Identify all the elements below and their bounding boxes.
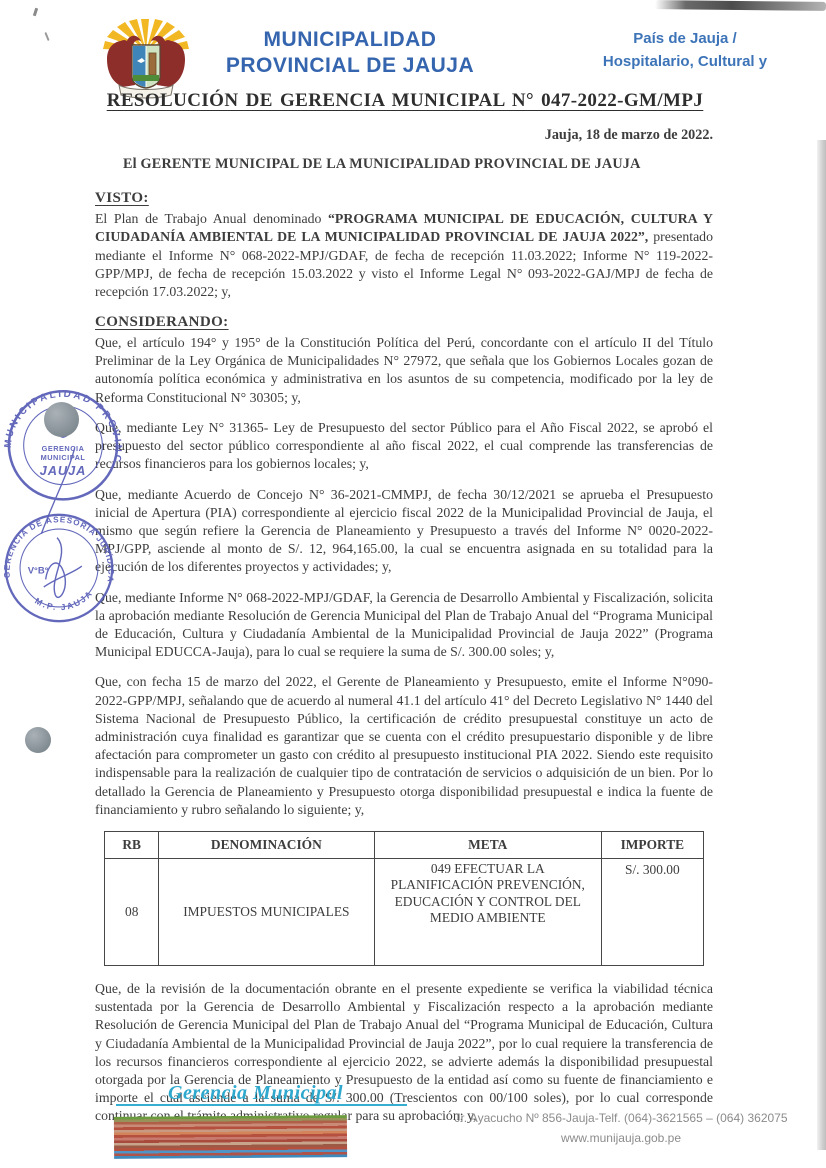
motto-line2: Hospitalario, Cultural y [580, 50, 790, 73]
table-row: 08 IMPUESTOS MUNICIPALES 049 EFECTUAR LA… [105, 858, 703, 965]
considerando-heading: CONSIDERANDO: [95, 313, 713, 333]
budget-table: RB DENOMINACIÓN META IMPORTE 08 IMPUESTO… [104, 831, 703, 966]
document-body: Jauja, 18 de marzo de 2022. El GERENTE M… [95, 126, 713, 1138]
table-header-row: RB DENOMINACIÓN META IMPORTE [105, 831, 703, 858]
signature-stroke [44, 538, 82, 598]
cell-importe: S/. 300.00 [601, 858, 703, 965]
legal-advisory-stamp: GERENCIA DE ASESORÍA JURÍDICA M.P. JAUJA… [2, 510, 116, 626]
scan-artifact-right-edge [817, 140, 826, 1150]
org-name: MUNICIPALIDAD PROVINCIAL DE JAUJA [205, 27, 495, 80]
dateline: Jauja, 18 de marzo de 2022. [95, 126, 713, 145]
org-motto: País de Jauja / Hospitalario, Cultural y [580, 27, 790, 74]
hole-punch-mark [44, 402, 79, 437]
scan-mark [44, 32, 49, 41]
column-header-denominacion: DENOMINACIÓN [159, 831, 374, 858]
resolution-title: RESOLUCIÓN DE GERENCIA MUNICIPAL N° 047-… [85, 90, 725, 112]
addressee-line: El GERENTE MUNICIPAL DE LA MUNICIPALIDAD… [123, 155, 713, 174]
signature-underline [347, 1086, 407, 1106]
cell-meta: 049 EFECTUAR LA PLANIFICACIÓN PREVENCIÓN… [374, 858, 601, 965]
visto-heading: VISTO: [95, 189, 713, 209]
stamp-center-line1: GERENCIA [42, 444, 85, 453]
considerando-paragraph: Que, con fecha 15 de marzo del 2022, el … [95, 673, 713, 819]
textile-stripe-band [114, 1115, 347, 1159]
stamp-vobo-text: V°B° [28, 566, 49, 577]
signature-block: Gerencia Municipal [116, 1082, 361, 1106]
motto-line1: País de Jauja / [580, 27, 790, 50]
considerando-paragraph: Que, mediante Acuerdo de Concejo N° 36-2… [95, 486, 713, 577]
column-header-importe: IMPORTE [601, 831, 703, 858]
considerando-paragraph: Que, mediante Ley N° 31365- Ley de Presu… [95, 419, 713, 474]
org-name-line2: PROVINCIAL DE JAUJA [205, 53, 495, 79]
hole-punch-mark [25, 727, 51, 753]
stamp-ring-text: GERENCIA DE ASESORÍA JURÍDICA [2, 515, 115, 583]
signature-underline [116, 1086, 164, 1106]
footer-website: www.munijauja.gob.pe [430, 1128, 812, 1148]
stamp-center-line2: MUNICIPAL [41, 453, 86, 462]
column-header-meta: META [374, 831, 601, 858]
column-header-rb: RB [105, 831, 159, 858]
considerando-paragraph: Que, mediante Informe N° 068-2022-MPJ/GD… [95, 589, 713, 662]
org-name-line1: MUNICIPALIDAD [205, 27, 495, 53]
footer-contact: Jr. Ayacucho Nº 856-Jauja-Telf. (064)-36… [430, 1108, 812, 1149]
budget-table-body: 08 IMPUESTOS MUNICIPALES 049 EFECTUAR LA… [105, 858, 703, 965]
considerando-paragraph: Que, el artículo 194° y 195° de la Const… [95, 334, 713, 407]
scan-artifact-top-streak [655, 0, 826, 11]
scan-mark [33, 8, 38, 17]
visto-paragraph: El Plan de Trabajo Anual denominado “PRO… [95, 210, 713, 301]
cell-rb: 08 [105, 858, 159, 965]
svg-text:GERENCIA DE ASESORÍA JURÍDICA: GERENCIA DE ASESORÍA JURÍDICA [2, 515, 115, 583]
footer-address: Jr. Ayacucho Nº 856-Jauja-Telf. (064)-36… [430, 1108, 812, 1128]
document-page: MUNICIPALIDAD PROVINCIAL DE JAUJA País d… [0, 0, 826, 1168]
visto-text-prefix: El Plan de Trabajo Anual denominado [95, 211, 328, 226]
signature-label: Gerencia Municipal [164, 1082, 347, 1106]
stamp-center-line3: JAUJA [40, 463, 87, 478]
shield [132, 45, 160, 88]
jauja-coat-of-arms-logo [97, 17, 195, 99]
budget-table-header: RB DENOMINACIÓN META IMPORTE [105, 831, 703, 858]
cell-denominacion: IMPUESTOS MUNICIPALES [159, 858, 374, 965]
